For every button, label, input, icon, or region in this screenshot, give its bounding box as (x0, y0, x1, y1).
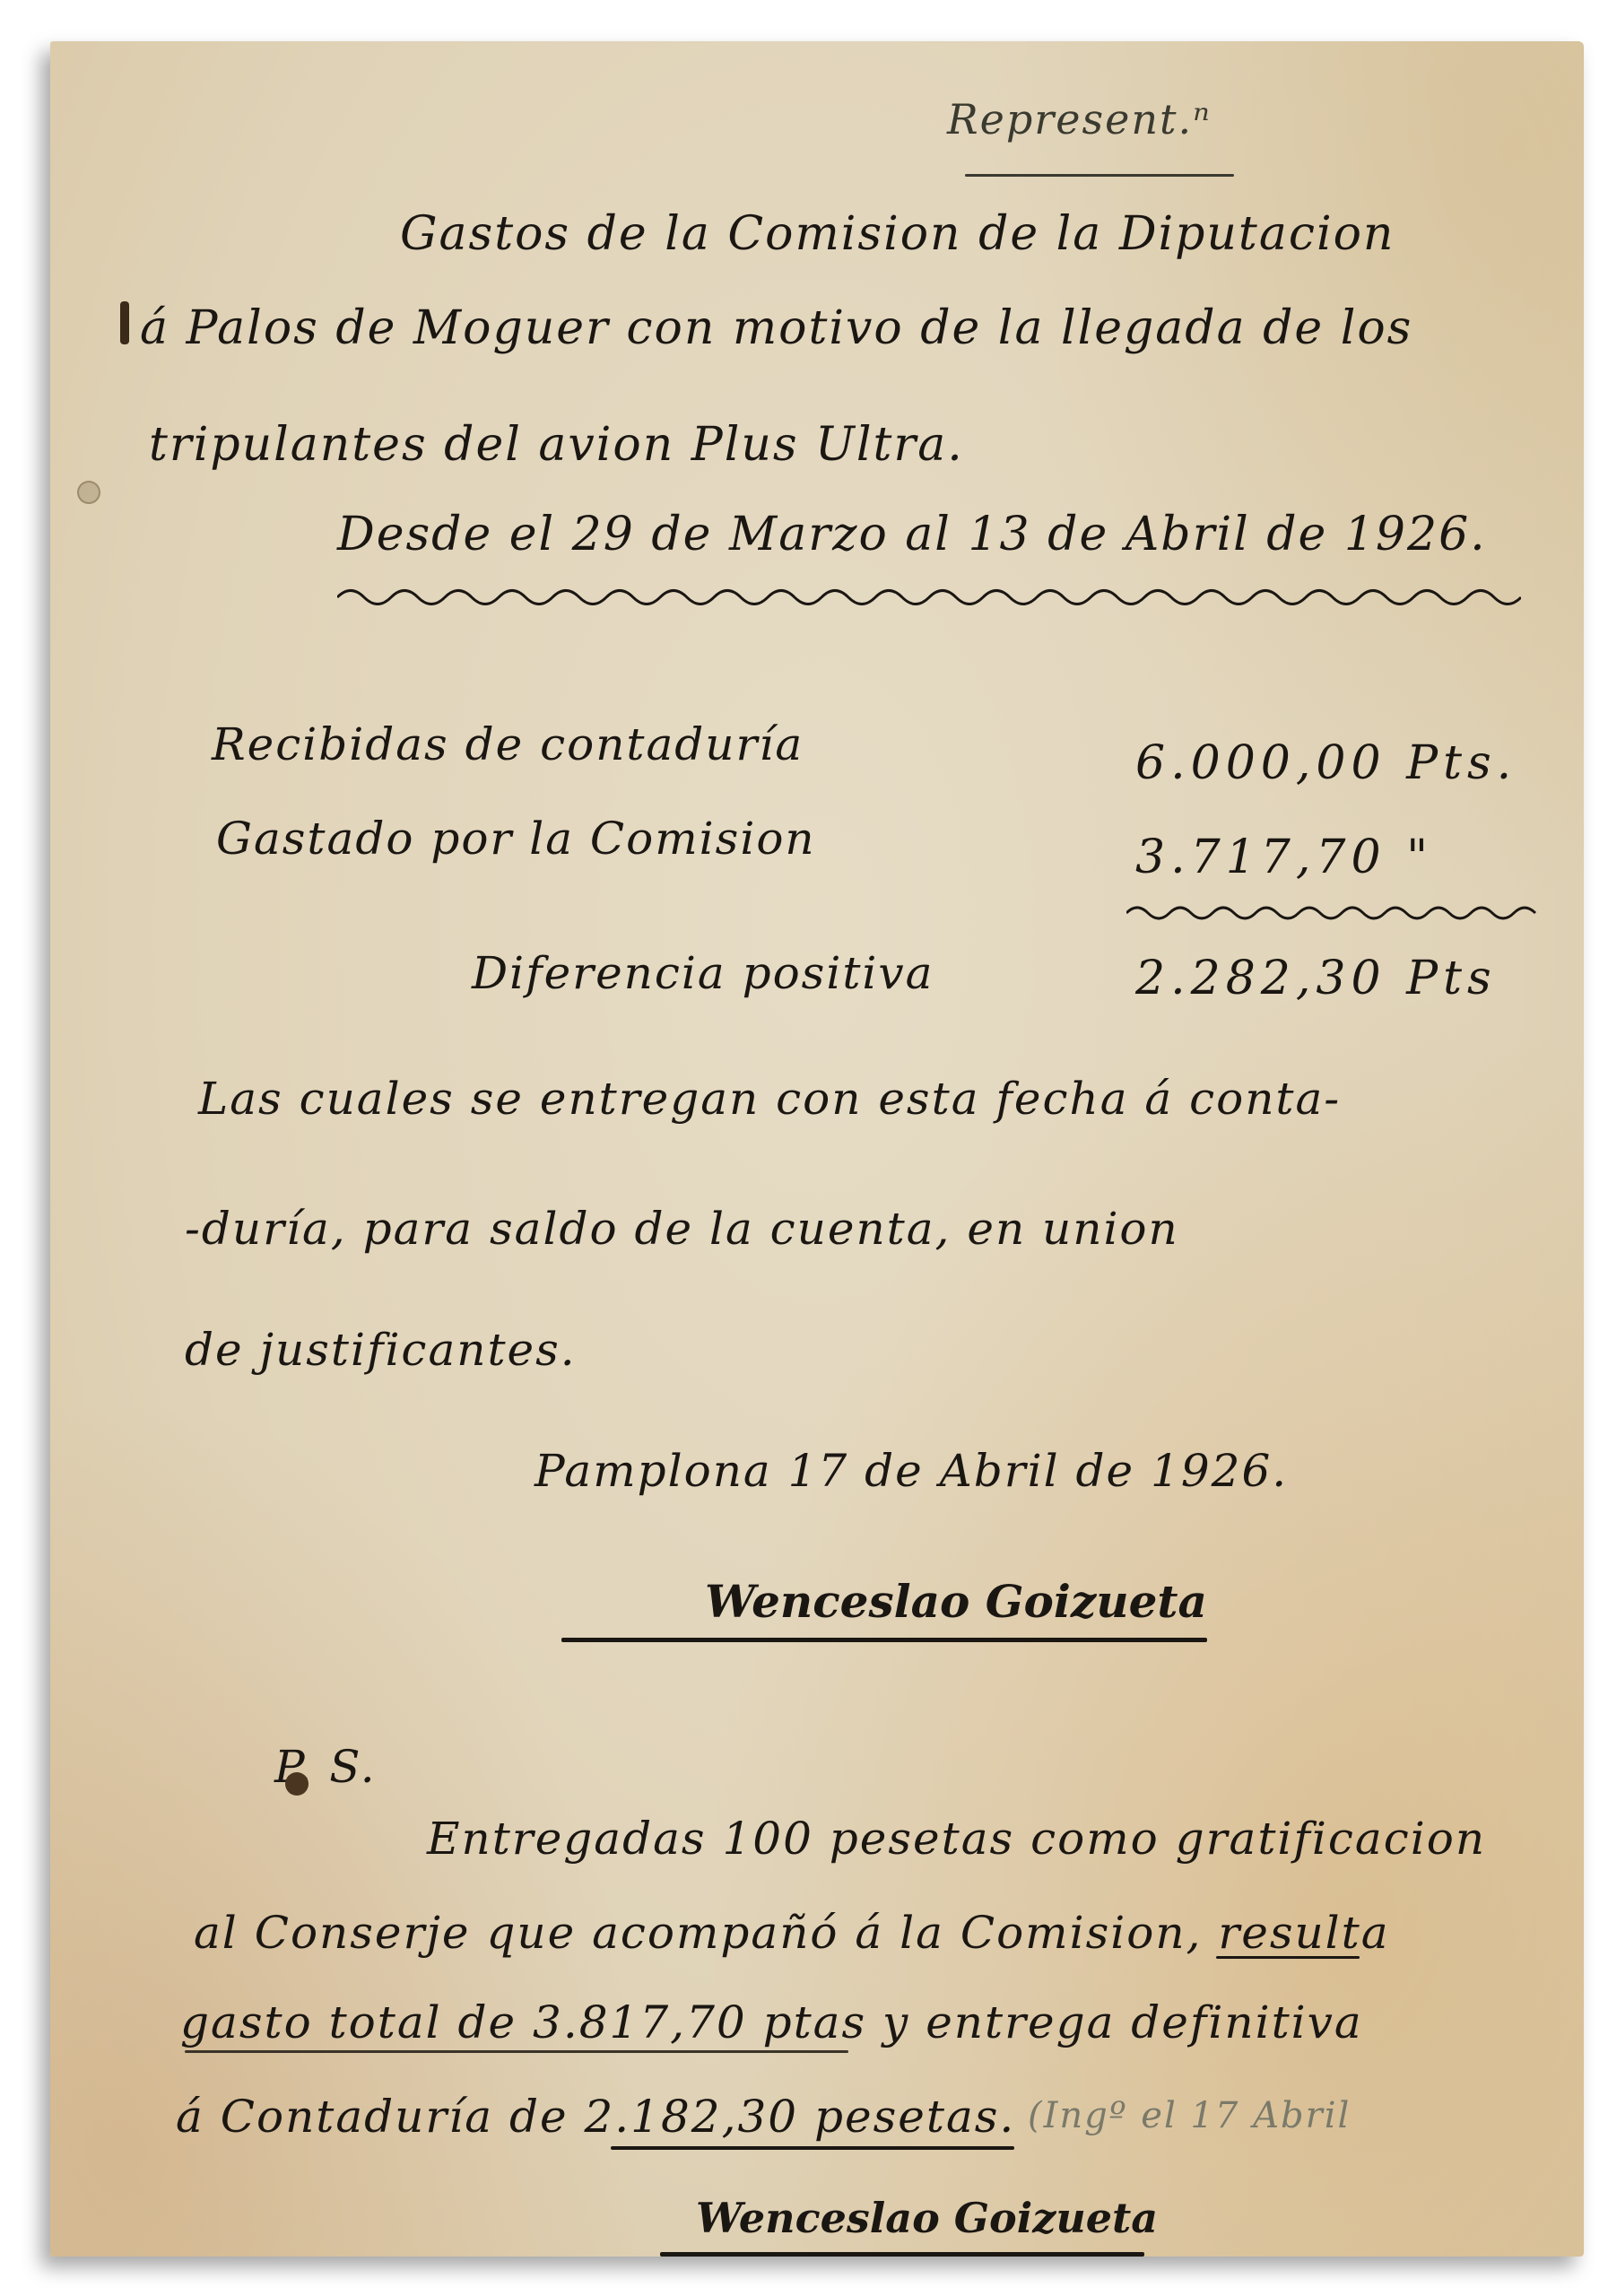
account-label-received: Recibidas de contaduría (212, 718, 804, 770)
header-annotation: Represent.ⁿ (947, 95, 1212, 143)
body-line-1: Las cuales se entregan con esta fecha á … (198, 1073, 1341, 1125)
postscript-signature: Wenceslao Goizueta (696, 2194, 1158, 2242)
signature-underline (561, 1638, 1207, 1642)
body-line-2: -duría, para saldo de la cuenta, en unio… (185, 1203, 1179, 1255)
account-amount-received: 6.000,00 Pts. (1135, 736, 1517, 790)
period-wavy-underline (337, 584, 1521, 611)
postscript-signature-underline (660, 2252, 1144, 2257)
account-label-spent: Gastado por la Comision (216, 813, 816, 865)
body-line-3: de justificantes. (185, 1324, 577, 1376)
pin-hole (77, 481, 100, 504)
postscript-line-3: gasto total de 3.817,70 ptas y entrega d… (180, 1996, 1363, 2048)
delivery-underline (611, 2146, 1014, 2150)
resulta-underline (1216, 1956, 1360, 1959)
signature: Wenceslao Goizueta (705, 1575, 1207, 1628)
title-line-3: tripulantes del avion Plus Ultra. (149, 418, 964, 472)
document-sheet: Represent.ⁿ Gastos de la Comision de la … (50, 41, 1584, 2257)
postscript-line-1: Entregadas 100 pesetas como gratificacio… (427, 1813, 1486, 1865)
header-annotation-underline (965, 174, 1234, 177)
total-underline (185, 2050, 848, 2053)
ink-blot-ps (285, 1772, 309, 1796)
ink-blot (120, 301, 129, 344)
postscript-line-4: á Contaduría de 2.182,30 pesetas. (176, 2091, 1015, 2143)
account-amount-difference: 2.282,30 Pts (1135, 952, 1497, 1005)
title-line-2: á Palos de Moguer con motivo de la llega… (140, 301, 1412, 355)
sum-wavy-underline (1126, 902, 1539, 924)
postscript-line-2: al Conserje que acompañó á la Comision, … (194, 1907, 1390, 1959)
title-line-1: Gastos de la Comision de la Diputacion (400, 207, 1395, 261)
place-date: Pamplona 17 de Abril de 1926. (535, 1445, 1288, 1497)
account-label-difference: Diferencia positiva (472, 947, 934, 999)
pencil-note: (Ingº el 17 Abril (1028, 2095, 1351, 2136)
account-amount-spent: 3.717,70 " (1135, 831, 1433, 884)
title-period: Desde el 29 de Marzo al 13 de Abril de 1… (337, 508, 1487, 561)
